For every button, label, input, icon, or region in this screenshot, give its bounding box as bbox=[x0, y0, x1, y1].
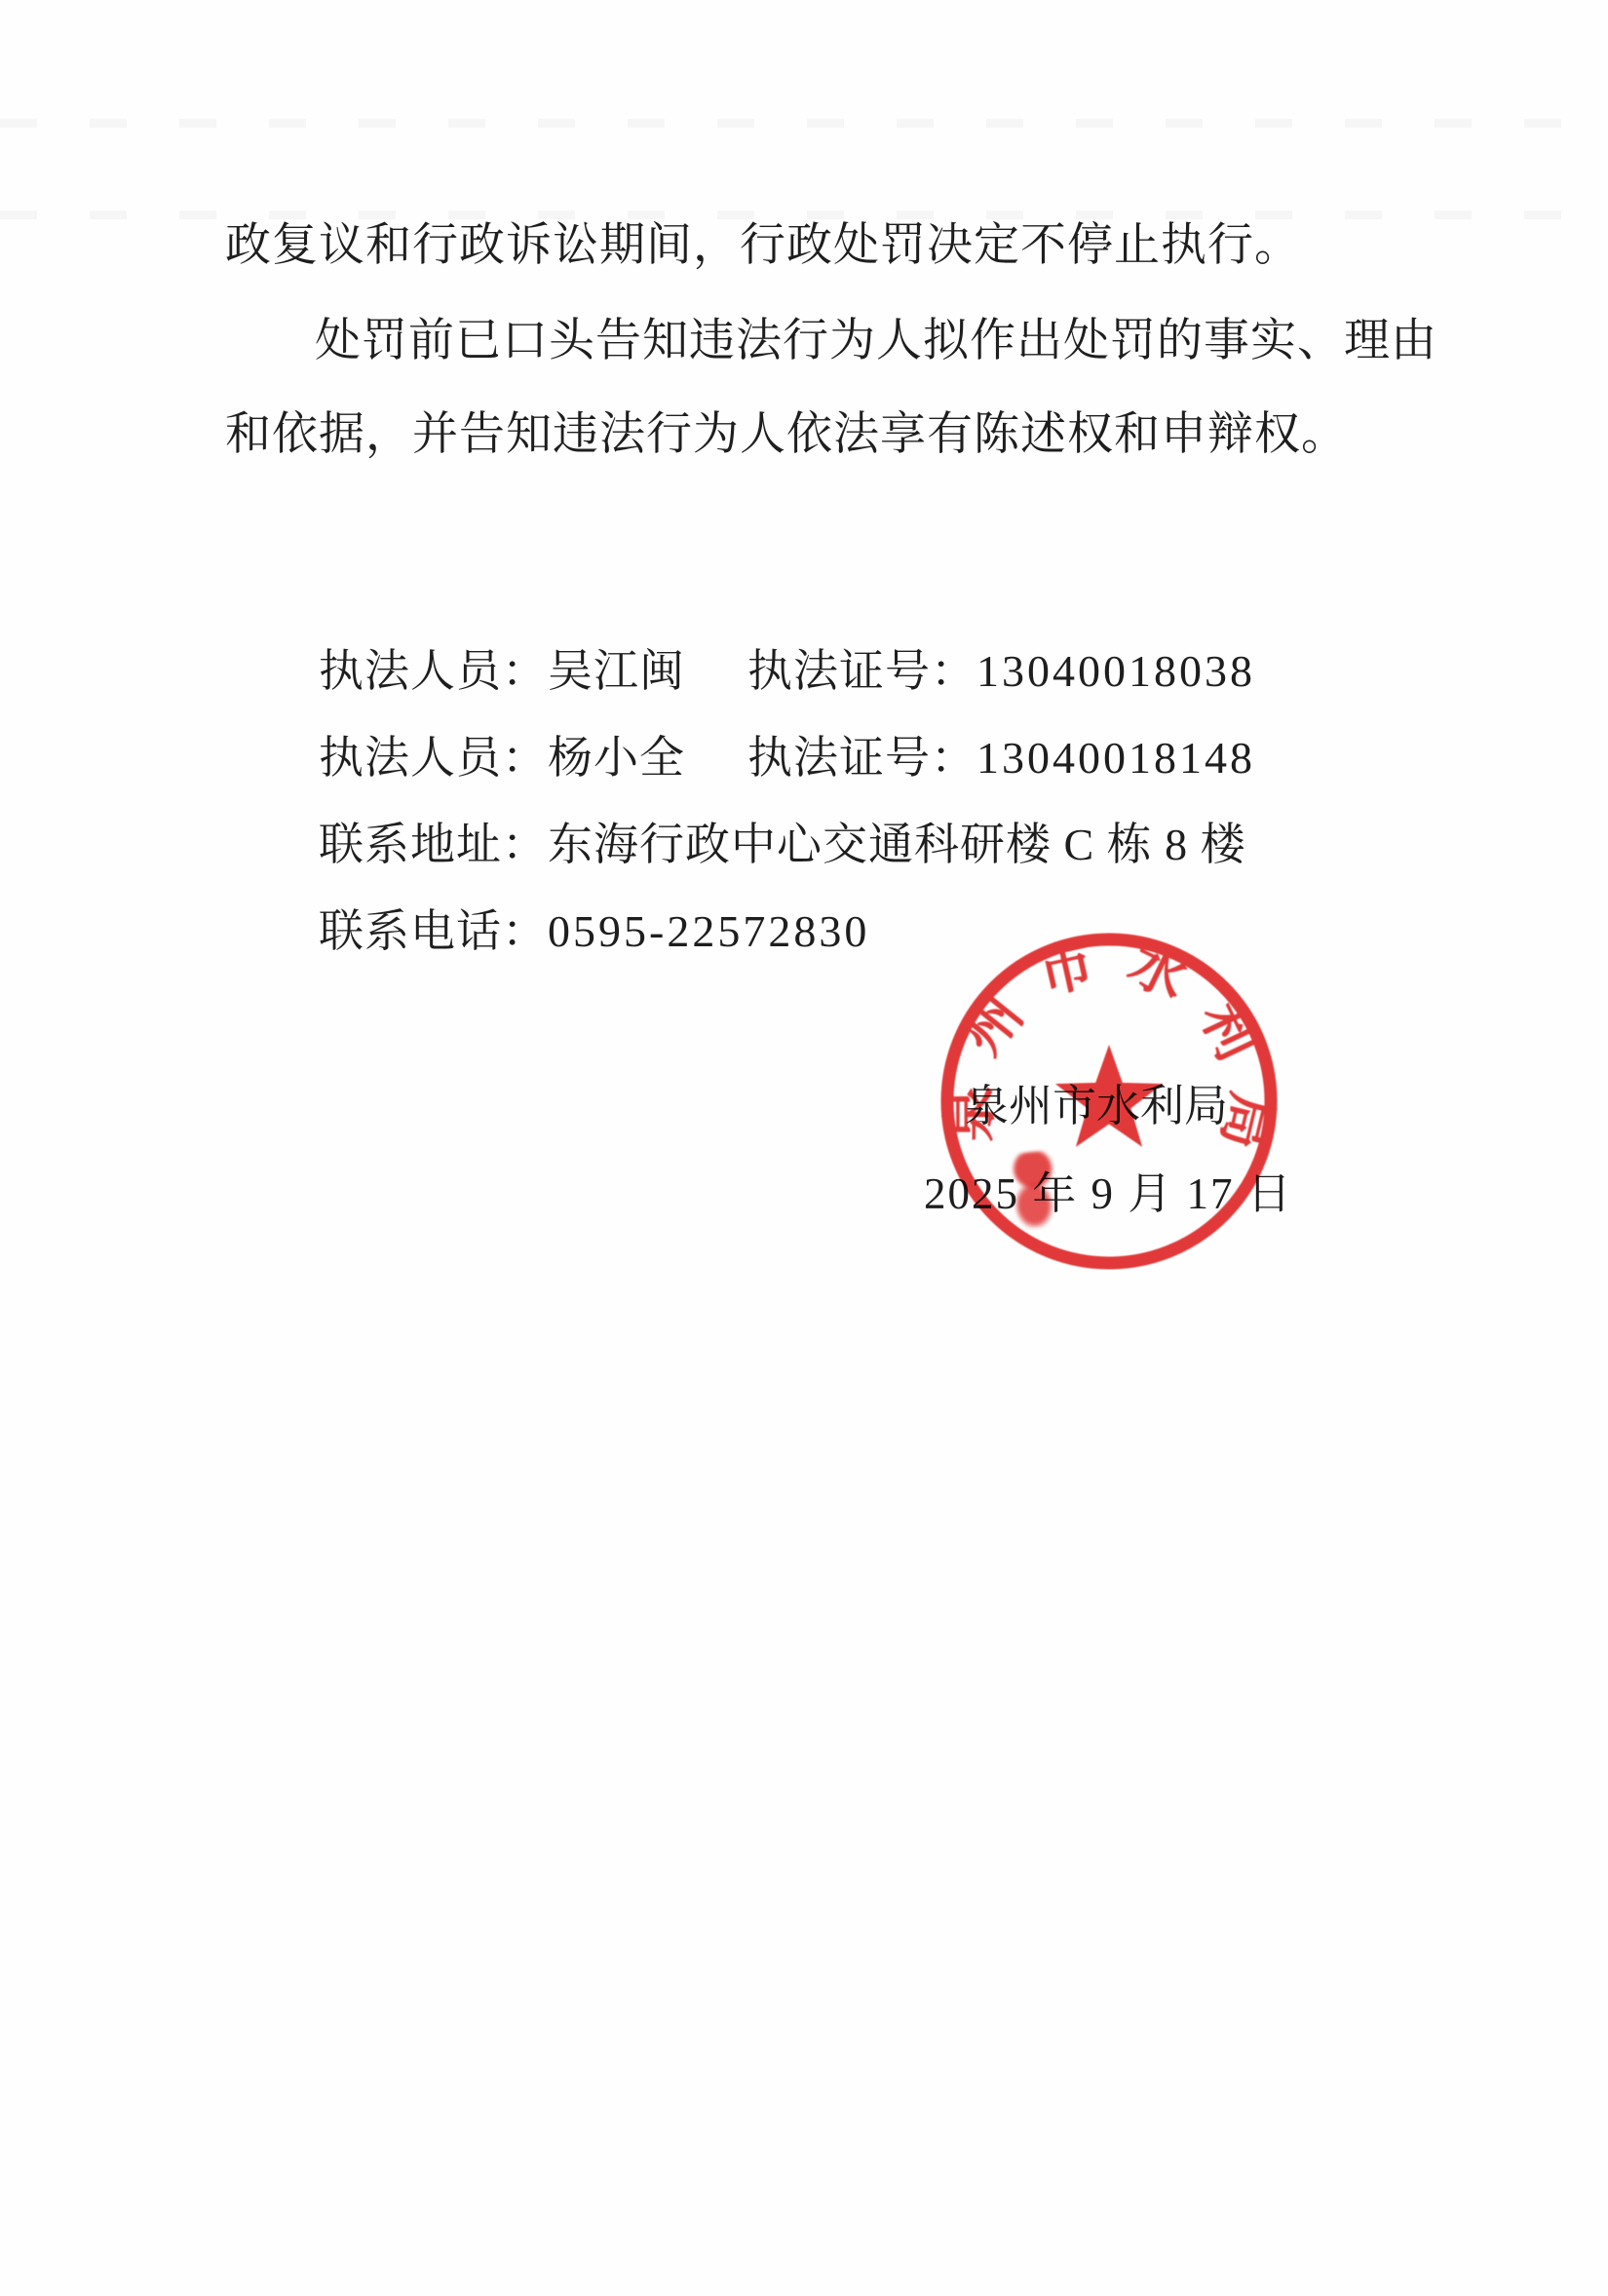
body-line-1: 政复议和行政诉讼期间，行政处罚决定不停止执行。 bbox=[225, 209, 1301, 274]
officer-row-1: 执法人员：吴江闽执法证号：13040018038 bbox=[319, 635, 1255, 700]
phone-label: 联系电话： bbox=[319, 906, 548, 956]
contact-address-row: 联系地址：东海行政中心交通科研楼 C 栋 8 楼 bbox=[319, 809, 1246, 873]
body-line-2: 处罚前已口头告知违法行为人拟作出处罚的事实、理由 bbox=[315, 304, 1437, 369]
cert-number: 13040018038 bbox=[976, 645, 1255, 697]
address-label: 联系地址： bbox=[319, 820, 548, 869]
phone-value: 0595-22572830 bbox=[548, 906, 869, 956]
officer-name: 杨小全 bbox=[548, 722, 685, 786]
officer-name: 吴江闽 bbox=[548, 635, 685, 700]
officer-label: 执法人员： bbox=[319, 722, 548, 786]
document-page: 政复议和行政诉讼期间，行政处罚决定不停止执行。 处罚前已口头告知违法行为人拟作出… bbox=[0, 0, 1608, 2296]
issuing-authority: 泉州市水利局 bbox=[965, 1070, 1228, 1133]
seal-ink-smudge bbox=[1006, 1149, 1064, 1230]
cert-label: 执法证号： bbox=[747, 635, 976, 700]
issue-date: 2025 年 9 月 17 日 bbox=[924, 1158, 1293, 1221]
body-line-3: 和依据，并告知违法行为人依法享有陈述权和申辩权。 bbox=[225, 398, 1348, 463]
scan-artifact-row bbox=[0, 119, 1608, 128]
cert-number: 13040018148 bbox=[976, 732, 1255, 784]
seal-ring-text: 泉州市水利局 bbox=[940, 928, 1283, 1179]
officer-label: 执法人员： bbox=[319, 635, 548, 700]
address-value: 东海行政中心交通科研楼 C 栋 8 楼 bbox=[548, 820, 1246, 869]
svg-text:泉州市水利局: 泉州市水利局 bbox=[940, 928, 1283, 1179]
cert-label: 执法证号： bbox=[747, 722, 976, 786]
officer-row-2: 执法人员：杨小全执法证号：13040018148 bbox=[319, 722, 1255, 786]
contact-phone-row: 联系电话：0595-22572830 bbox=[319, 896, 869, 960]
